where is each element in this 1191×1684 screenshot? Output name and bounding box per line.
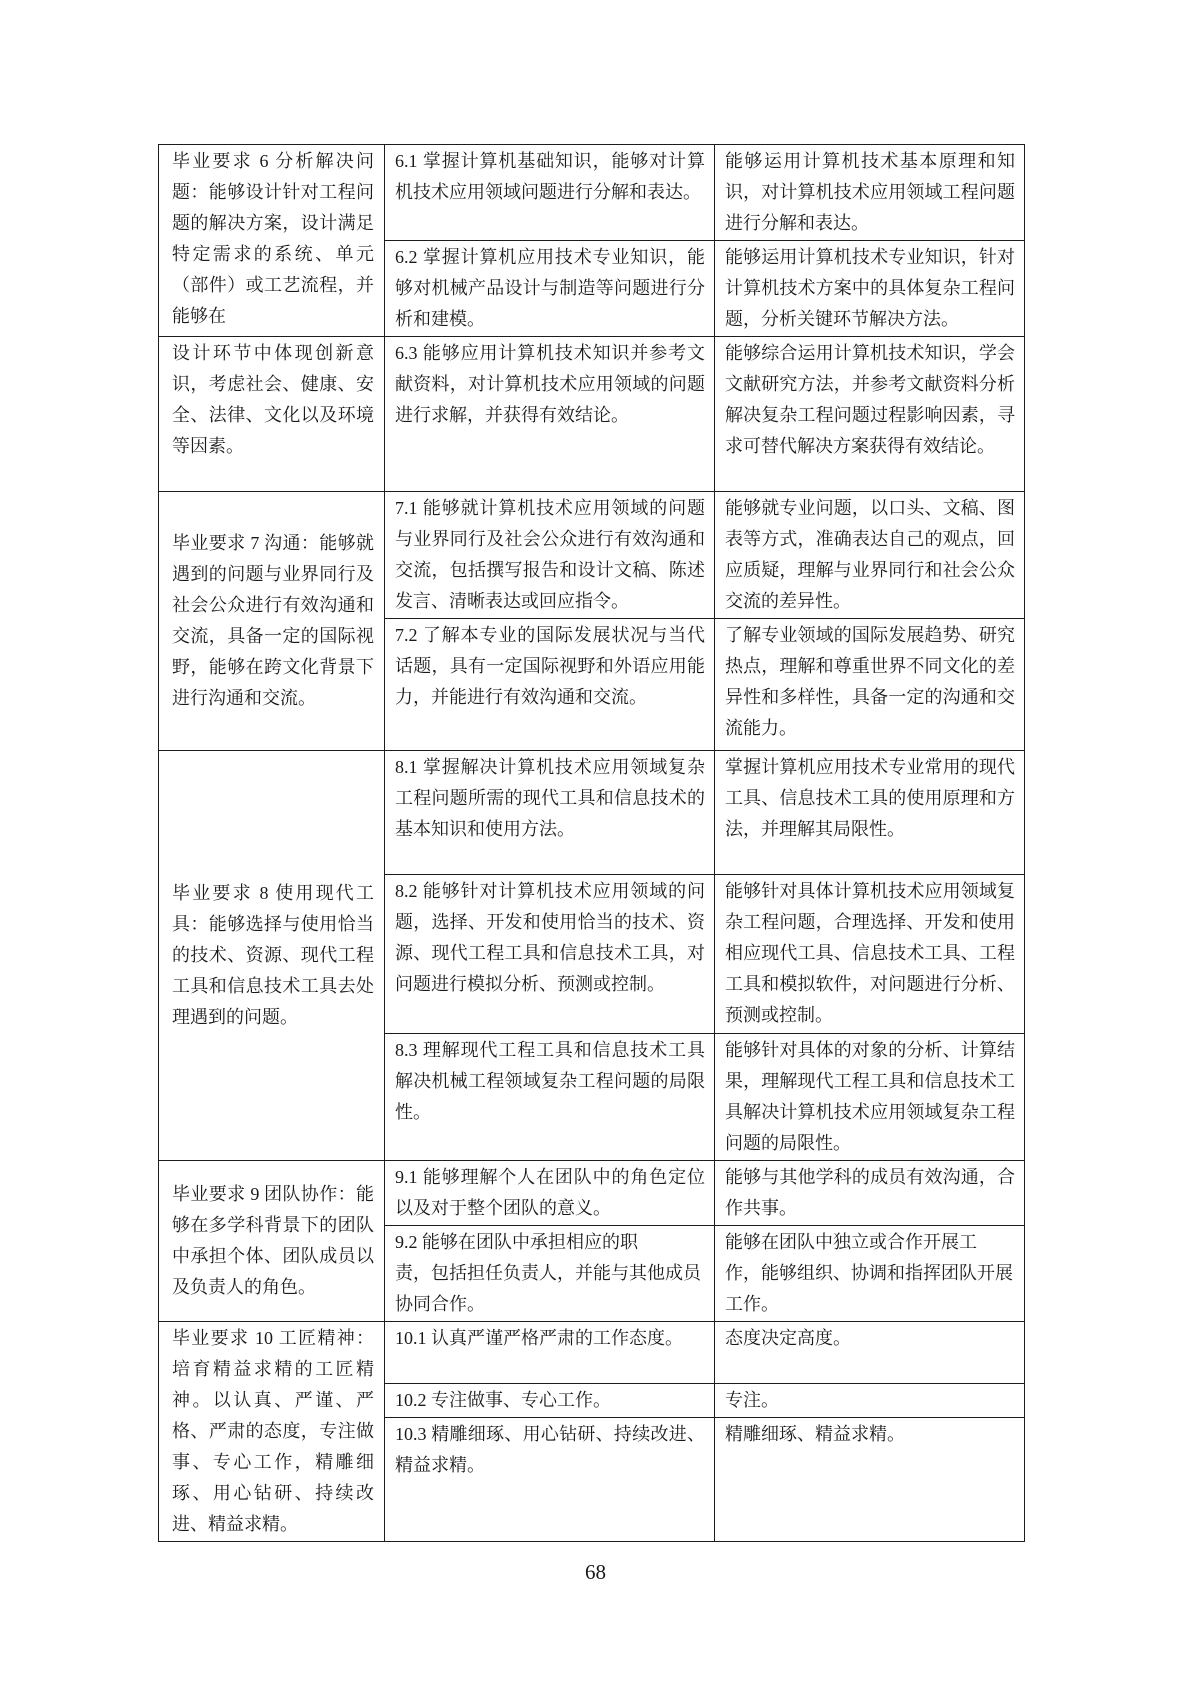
table-row: 毕业要求 8 使用现代工具：能够选择与使用恰当的技术、资源、现代工程工具和信息技… [159,751,1025,875]
indicator-8-2-cell: 8.2 能够针对计算机技术应用领域的问题，选择、开发和使用恰当的技术、资源、现代… [385,875,715,1034]
standard-10-2-cell: 专注。 [715,1384,1025,1418]
standard-8-2-cell: 能够针对具体计算机技术应用领域复杂工程问题，合理选择、开发和使用相应现代工具、信… [715,875,1025,1034]
graduation-requirements-table: 毕业要求 6 分析解决问题：能够设计针对工程问题的解决方案，设计满足特定需求的系… [158,144,1025,1542]
table-row: 毕业要求 6 分析解决问题：能够设计针对工程问题的解决方案，设计满足特定需求的系… [159,145,1025,241]
standard-6-2-cell: 能够运用计算机技术专业知识，针对计算机技术方案中的具体复杂工程问题，分析关键环节… [715,241,1025,337]
standard-6-1-cell: 能够运用计算机技术基本原理和知识，对计算机技术应用领域工程问题进行分解和表达。 [715,145,1025,241]
standard-10-3-cell: 精雕细琢、精益求精。 [715,1418,1025,1542]
indicator-7-2-cell: 7.2 了解本专业的国际发展状况与当代话题，具有一定国际视野和外语应用能力，并能… [385,619,715,751]
standard-7-2-cell: 了解专业领域的国际发展趋势、研究热点，理解和尊重世界不同文化的差异性和多样性，具… [715,619,1025,751]
standard-8-1-cell: 掌握计算机应用技术专业常用的现代工具、信息技术工具的使用原理和方法，并理解其局限… [715,751,1025,875]
indicator-9-1-cell: 9.1 能够理解个人在团队中的角色定位以及对于整个团队的意义。 [385,1161,715,1226]
standard-9-2-cell: 能够在团队中独立或合作开展工 作，能够组织、协调和指挥团队开展 工作。 [715,1226,1025,1322]
standard-10-1-cell: 态度决定高度。 [715,1322,1025,1384]
page-number: 68 [0,1560,1191,1585]
indicator-10-2-cell: 10.2 专注做事、专心工作。 [385,1384,715,1418]
requirement-9-cell: 毕业要求 9 团队协作：能够在多学科背景下的团队中承担个体、团队成员以及负责人的… [159,1161,385,1322]
table-row: 毕业要求 9 团队协作：能够在多学科背景下的团队中承担个体、团队成员以及负责人的… [159,1161,1025,1226]
requirement-6-cell: 毕业要求 6 分析解决问题：能够设计针对工程问题的解决方案，设计满足特定需求的系… [159,145,385,337]
requirement-7-cell: 毕业要求 7 沟通：能够就遇到的问题与业界同行及社会公众进行有效沟通和交流，具备… [159,492,385,751]
requirement-6-continued-cell: 设计环节中体现创新意识，考虑社会、健康、安全、法律、文化以及环境等因素。 [159,337,385,492]
standard-7-1-cell: 能够就专业问题，以口头、文稿、图表等方式，准确表达自己的观点，回应质疑，理解与业… [715,492,1025,619]
indicator-6-3-cell: 6.3 能够应用计算机技术知识并参考文献资料，对计算机技术应用领域的问题进行求解… [385,337,715,492]
standard-8-3-cell: 能够针对具体的对象的分析、计算结果，理解现代工程工具和信息技术工具解决计算机技术… [715,1034,1025,1161]
requirement-8-cell: 毕业要求 8 使用现代工具：能够选择与使用恰当的技术、资源、现代工程工具和信息技… [159,751,385,1161]
indicator-10-3-cell: 10.3 精雕细琢、用心钻研、持续改进、精益求精。 [385,1418,715,1542]
standard-6-3-cell: 能够综合运用计算机技术知识，学会文献研究方法，并参考文献资料分析解决复杂工程问题… [715,337,1025,492]
standard-9-1-cell: 能够与其他学科的成员有效沟通，合作共事。 [715,1161,1025,1226]
indicator-9-2-cell: 9.2 能够在团队中承担相应的职 责，包括担任负责人，并能与其他成员 协同合作。 [385,1226,715,1322]
indicator-8-3-cell: 8.3 理解现代工程工具和信息技术工具解决机械工程领域复杂工程问题的局限性。 [385,1034,715,1161]
table-row: 毕业要求 10 工匠精神：培育精益求精的工匠精神。以认真、严谨、严格、严肃的态度… [159,1322,1025,1384]
indicator-8-1-cell: 8.1 掌握解决计算机技术应用领域复杂工程问题所需的现代工具和信息技术的基本知识… [385,751,715,875]
table-row: 毕业要求 7 沟通：能够就遇到的问题与业界同行及社会公众进行有效沟通和交流，具备… [159,492,1025,619]
table-row: 设计环节中体现创新意识，考虑社会、健康、安全、法律、文化以及环境等因素。 6.3… [159,337,1025,492]
requirement-10-cell: 毕业要求 10 工匠精神：培育精益求精的工匠精神。以认真、严谨、严格、严肃的态度… [159,1322,385,1542]
indicator-6-1-cell: 6.1 掌握计算机基础知识，能够对计算机技术应用领域问题进行分解和表达。 [385,145,715,241]
indicator-6-2-cell: 6.2 掌握计算机应用技术专业知识，能够对机械产品设计与制造等问题进行分析和建模… [385,241,715,337]
indicator-7-1-cell: 7.1 能够就计算机技术应用领域的问题与业界同行及社会公众进行有效沟通和交流，包… [385,492,715,619]
document-page: 毕业要求 6 分析解决问题：能够设计针对工程问题的解决方案，设计满足特定需求的系… [0,0,1191,1684]
indicator-10-1-cell: 10.1 认真严谨严格严肃的工作态度。 [385,1322,715,1384]
